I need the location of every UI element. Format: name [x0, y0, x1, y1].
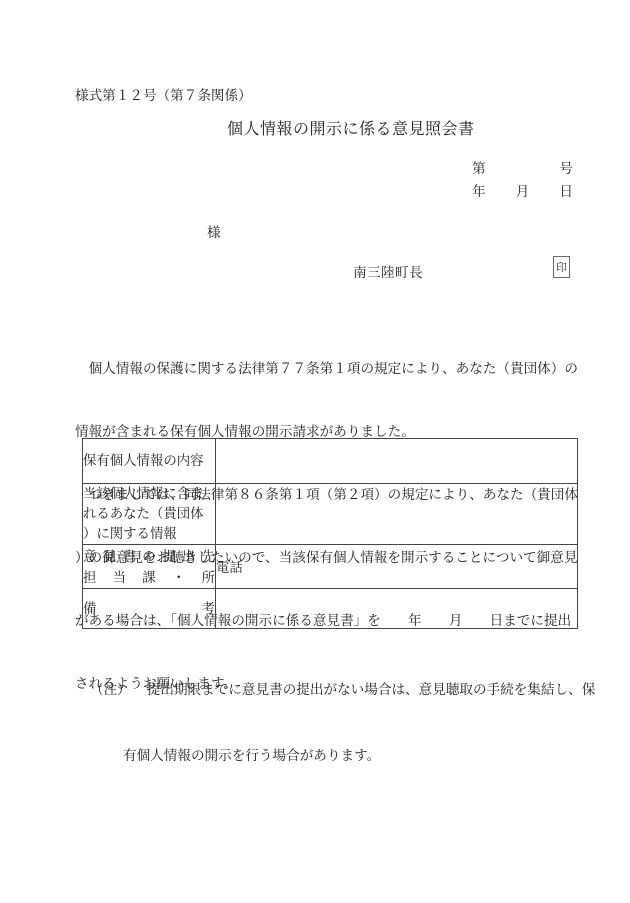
footnote-text: 提出期限までに意見書の提出がない場合は、意見聴取の手続を集結し、保	[147, 679, 596, 701]
row-value-phone-label: 電話	[216, 545, 578, 589]
document-page: 様式第１２号（第７条関係） 個人情報の開示に係る意見照会書 第 号 年 月 日 …	[0, 0, 630, 903]
table-row: 備考	[83, 589, 578, 629]
footnote-label: （注）	[90, 679, 131, 701]
form-number: 様式第１２号（第７条関係）	[75, 84, 252, 104]
footnote: （注） 提出期限までに意見書の提出がない場合は、意見聴取の手続を集結し、保 有個…	[90, 635, 595, 811]
table-row: 意見書の提出先 担当課・所 電話	[83, 545, 578, 589]
doc-number-suffix: 号	[559, 157, 573, 177]
row-value-remarks	[216, 589, 578, 629]
table-row: 保有個人情報の内容	[83, 439, 578, 484]
document-title: 個人情報の開示に係る意見照会書	[227, 116, 475, 139]
row-label-remarks: 備考	[83, 589, 216, 629]
form-table: 保有個人情報の内容 当該個人情報に含ま れるあなた（貴団体 ）に関する情報 意見…	[82, 438, 578, 629]
document-number-line: 第 号	[472, 157, 573, 177]
row-value-held-info	[216, 439, 578, 484]
table-row: 当該個人情報に含ま れるあなた（貴団体 ）に関する情報	[83, 484, 578, 545]
footnote-line: 有個人情報の開示を行う場合があります。	[123, 745, 595, 767]
footnote-line: （注） 提出期限までに意見書の提出がない場合は、意見聴取の手続を集結し、保	[90, 679, 595, 701]
row-label-your-info: 当該個人情報に含ま れるあなた（貴団体 ）に関する情報	[83, 484, 216, 545]
addressee-honorific: 様	[207, 221, 221, 241]
row-label-submission-to: 意見書の提出先 担当課・所	[83, 545, 216, 589]
seal-box: 印	[553, 256, 570, 278]
seal-mark: 印	[556, 259, 567, 275]
sender-title: 南三陸町長	[353, 261, 423, 281]
date-year-label: 年	[472, 180, 486, 200]
row-label-held-info: 保有個人情報の内容	[83, 439, 216, 484]
date-month-label: 月	[516, 180, 530, 200]
doc-number-prefix: 第	[472, 157, 486, 177]
date-day-label: 日	[559, 180, 573, 200]
date-line: 年 月 日	[472, 180, 573, 200]
row-value-your-info	[216, 484, 578, 545]
body-line: 個人情報の保護に関する法律第７７条第１項の規定により、あなた（貴団体）の	[75, 358, 578, 379]
